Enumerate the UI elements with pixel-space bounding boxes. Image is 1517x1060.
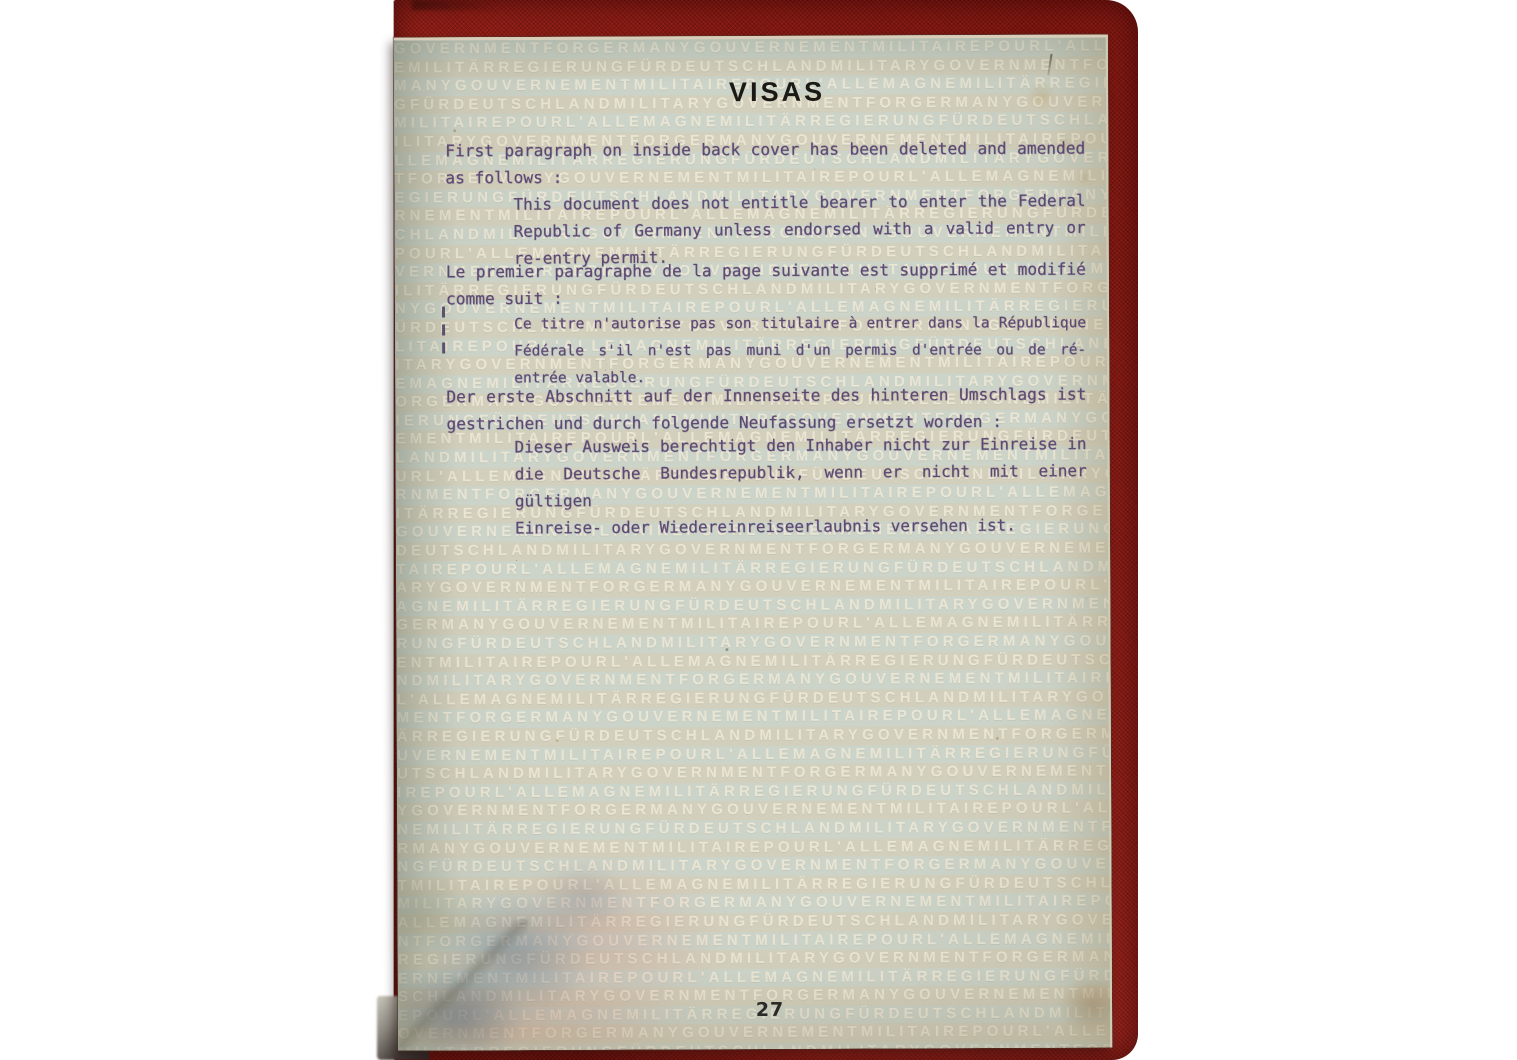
- stamp-line: Der erste Abschnitt auf der Innenseite d…: [446, 381, 1086, 411]
- margin-pen-mark: [442, 306, 445, 360]
- stamp-line: comme suit :: [446, 283, 1086, 313]
- page-content: VISAS First paragraph on inside back cov…: [394, 37, 1110, 1050]
- stamp-line: This document does not entitle bearer to…: [513, 187, 1085, 218]
- stamp-line: Dieser Ausweis berechtigt den Inhaber ni…: [514, 430, 1086, 460]
- stamp-english-intro: First paragraph on inside back cover has…: [445, 135, 1085, 192]
- stamp-german-intro: Der erste Abschnitt auf der Innenseite d…: [446, 381, 1086, 438]
- stamp-french-intro: Le premier paragraphe de la page suivant…: [446, 256, 1086, 313]
- scan-background: { "page": { "title": "VISAS", "number": …: [0, 0, 1517, 1060]
- stamp-line: Ce titre n'autorise pas son titulaire à …: [514, 310, 1086, 338]
- stamp-line: Le premier paragraphe de la page suivant…: [446, 256, 1086, 286]
- stamp-line: Republic of Germany unless endorsed with…: [514, 214, 1086, 245]
- cover-fray-mark: [412, 0, 532, 10]
- stamp-line: First paragraph on inside back cover has…: [445, 135, 1085, 165]
- page-number: 27: [414, 997, 1112, 1022]
- stamp-german-body: Dieser Ausweis berechtigt den Inhaber ni…: [514, 430, 1087, 541]
- passport-cover: GOVERNMENTFORGERMANYGOUVERNEMENTMILITAIR…: [394, 0, 1138, 1060]
- stamp-line: Einreise- oder Wiedereinreiseerlaubnis v…: [515, 511, 1087, 541]
- stamp-line: Fédérale s'il n'est pas muni d'un permis…: [514, 337, 1086, 365]
- page-title: VISAS: [421, 75, 1112, 109]
- stamp-line: die Deutsche Bundesrepublik, wenn er nic…: [515, 457, 1087, 514]
- passport-page: GOVERNMENTFORGERMANYGOUVERNEMENTMILITAIR…: [394, 34, 1112, 1050]
